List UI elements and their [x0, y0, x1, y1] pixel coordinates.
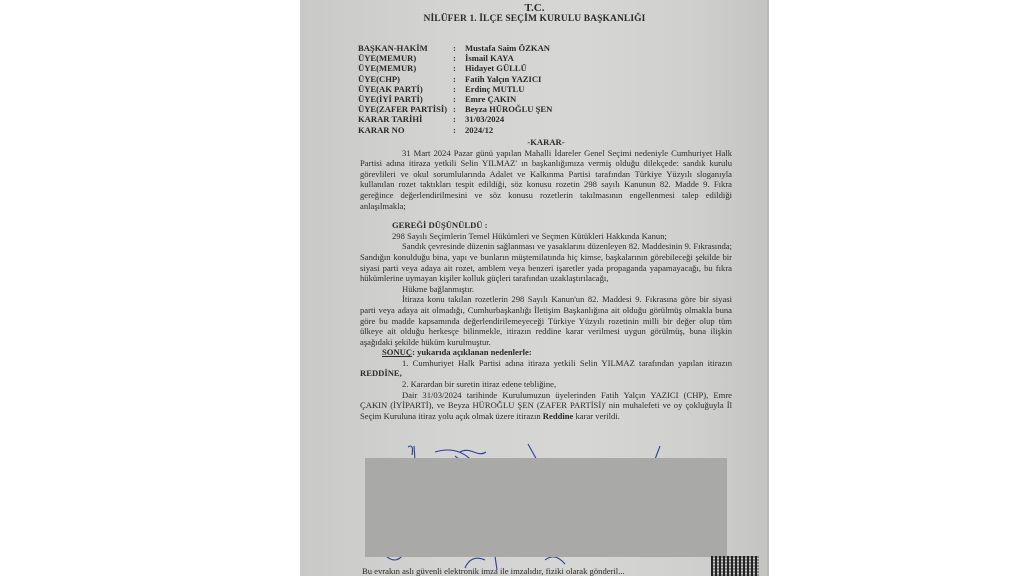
result-heading-rest: : yukarıda açıklanan nedenlerle: [412, 347, 532, 357]
office-heading: NİLÜFER 1. İLÇE SEÇİM KURULU BAŞKANLIĞI [300, 14, 769, 24]
law-text: Sandık çevresinde düzenin sağlanması ve … [360, 241, 732, 283]
member-separator: : [453, 114, 465, 124]
result-item-1: 1. Cumhuriyet Halk Partisi adına itiraza… [360, 358, 732, 379]
member-role: ÜYE(ZAFER PARTİSİ) [358, 104, 453, 114]
closing-end: karar verildi. [573, 411, 620, 421]
member-separator: : [453, 104, 465, 114]
member-row: ÜYE(İYİ PARTİ):Emre ÇAKIN [358, 94, 552, 104]
decision-title: -KARAR- [360, 137, 732, 148]
result-item-1-verdict: REDDİNE, [360, 368, 402, 378]
member-separator: : [453, 125, 465, 135]
member-role: BAŞKAN-HAKİM [358, 43, 453, 53]
qr-code [711, 556, 759, 576]
member-row: ÜYE(ZAFER PARTİSİ):Beyza HÜROĞLU ŞEN [358, 104, 552, 114]
ruled-text: Hükme bağlanmıştır. [360, 284, 732, 295]
member-role: ÜYE(AK PARTİ) [358, 84, 453, 94]
member-role: ÜYE(MEMUR) [358, 63, 453, 73]
state-heading: T.C. [300, 2, 769, 14]
member-row: ÜYE(CHP):Fatih Yalçın YAZICI [358, 74, 552, 84]
closing-paragraph: Dair 31/03/2024 tarihinde Kurulumuzun üy… [360, 390, 732, 422]
member-name: Mustafa Saim ÖZKAN [465, 43, 550, 53]
member-name: İsmail KAYA [465, 53, 514, 63]
law-title: 298 Sayılı Seçimlerin Temel Hükümleri ve… [360, 231, 732, 242]
member-separator: : [453, 43, 465, 53]
member-separator: : [453, 74, 465, 84]
e-signature-notice: Bu evrakın aslı güvenli elektronik imza … [362, 566, 625, 576]
member-row: BAŞKAN-HAKİM:Mustafa Saim ÖZKAN [358, 43, 552, 53]
member-separator: : [453, 84, 465, 94]
member-separator: : [453, 94, 465, 104]
intro-paragraph: 31 Mart 2024 Pazar günü yapılan Mahalli … [360, 148, 732, 212]
result-item-1-text: 1. Cumhuriyet Halk Partisi adına itiraza… [402, 358, 732, 368]
result-label: SONUÇ [382, 347, 412, 357]
considered-heading: GEREĞİ DÜŞÜNÜLDÜ : [360, 220, 732, 231]
member-row: ÜYE(AK PARTİ):Erdinç MUTLU [358, 84, 552, 94]
result-item-2: 2. Karardan bir suretin itiraz edene teb… [360, 379, 732, 390]
assessment-paragraph: İtiraza konu takılan rozetlerin 298 Sayı… [360, 294, 732, 347]
member-name: Beyza HÜROĞLU ŞEN [465, 104, 552, 114]
result-heading: SONUÇ: yukarıda açıklanan nedenlerle: [360, 347, 732, 358]
member-role: ÜYE(İYİ PARTİ) [358, 94, 453, 104]
member-row: KARAR NO:2024/12 [358, 125, 552, 135]
closing-verdict: Reddine [543, 411, 574, 421]
member-name: 2024/12 [465, 125, 493, 135]
member-row: ÜYE(MEMUR):Hidayet GÜLLÜ [358, 63, 552, 73]
member-role: KARAR TARİHİ [358, 114, 453, 124]
member-name: 31/03/2024 [465, 114, 504, 124]
member-row: ÜYE(MEMUR):İsmail KAYA [358, 53, 552, 63]
redaction-box [365, 458, 727, 557]
member-role: KARAR NO [358, 125, 453, 135]
member-role: ÜYE(MEMUR) [358, 53, 453, 63]
document-page: T.C. NİLÜFER 1. İLÇE SEÇİM KURULU BAŞKAN… [300, 0, 769, 576]
decision-body: -KARAR- 31 Mart 2024 Pazar günü yapılan … [360, 137, 732, 421]
member-name: Emre ÇAKIN [465, 94, 516, 104]
member-name: Fatih Yalçın YAZICI [465, 74, 541, 84]
member-separator: : [453, 53, 465, 63]
committee-members: BAŞKAN-HAKİM:Mustafa Saim ÖZKANÜYE(MEMUR… [358, 43, 552, 135]
member-name: Erdinç MUTLU [465, 84, 524, 94]
member-role: ÜYE(CHP) [358, 74, 453, 84]
member-name: Hidayet GÜLLÜ [465, 63, 527, 73]
member-separator: : [453, 63, 465, 73]
member-row: KARAR TARİHİ:31/03/2024 [358, 114, 552, 124]
